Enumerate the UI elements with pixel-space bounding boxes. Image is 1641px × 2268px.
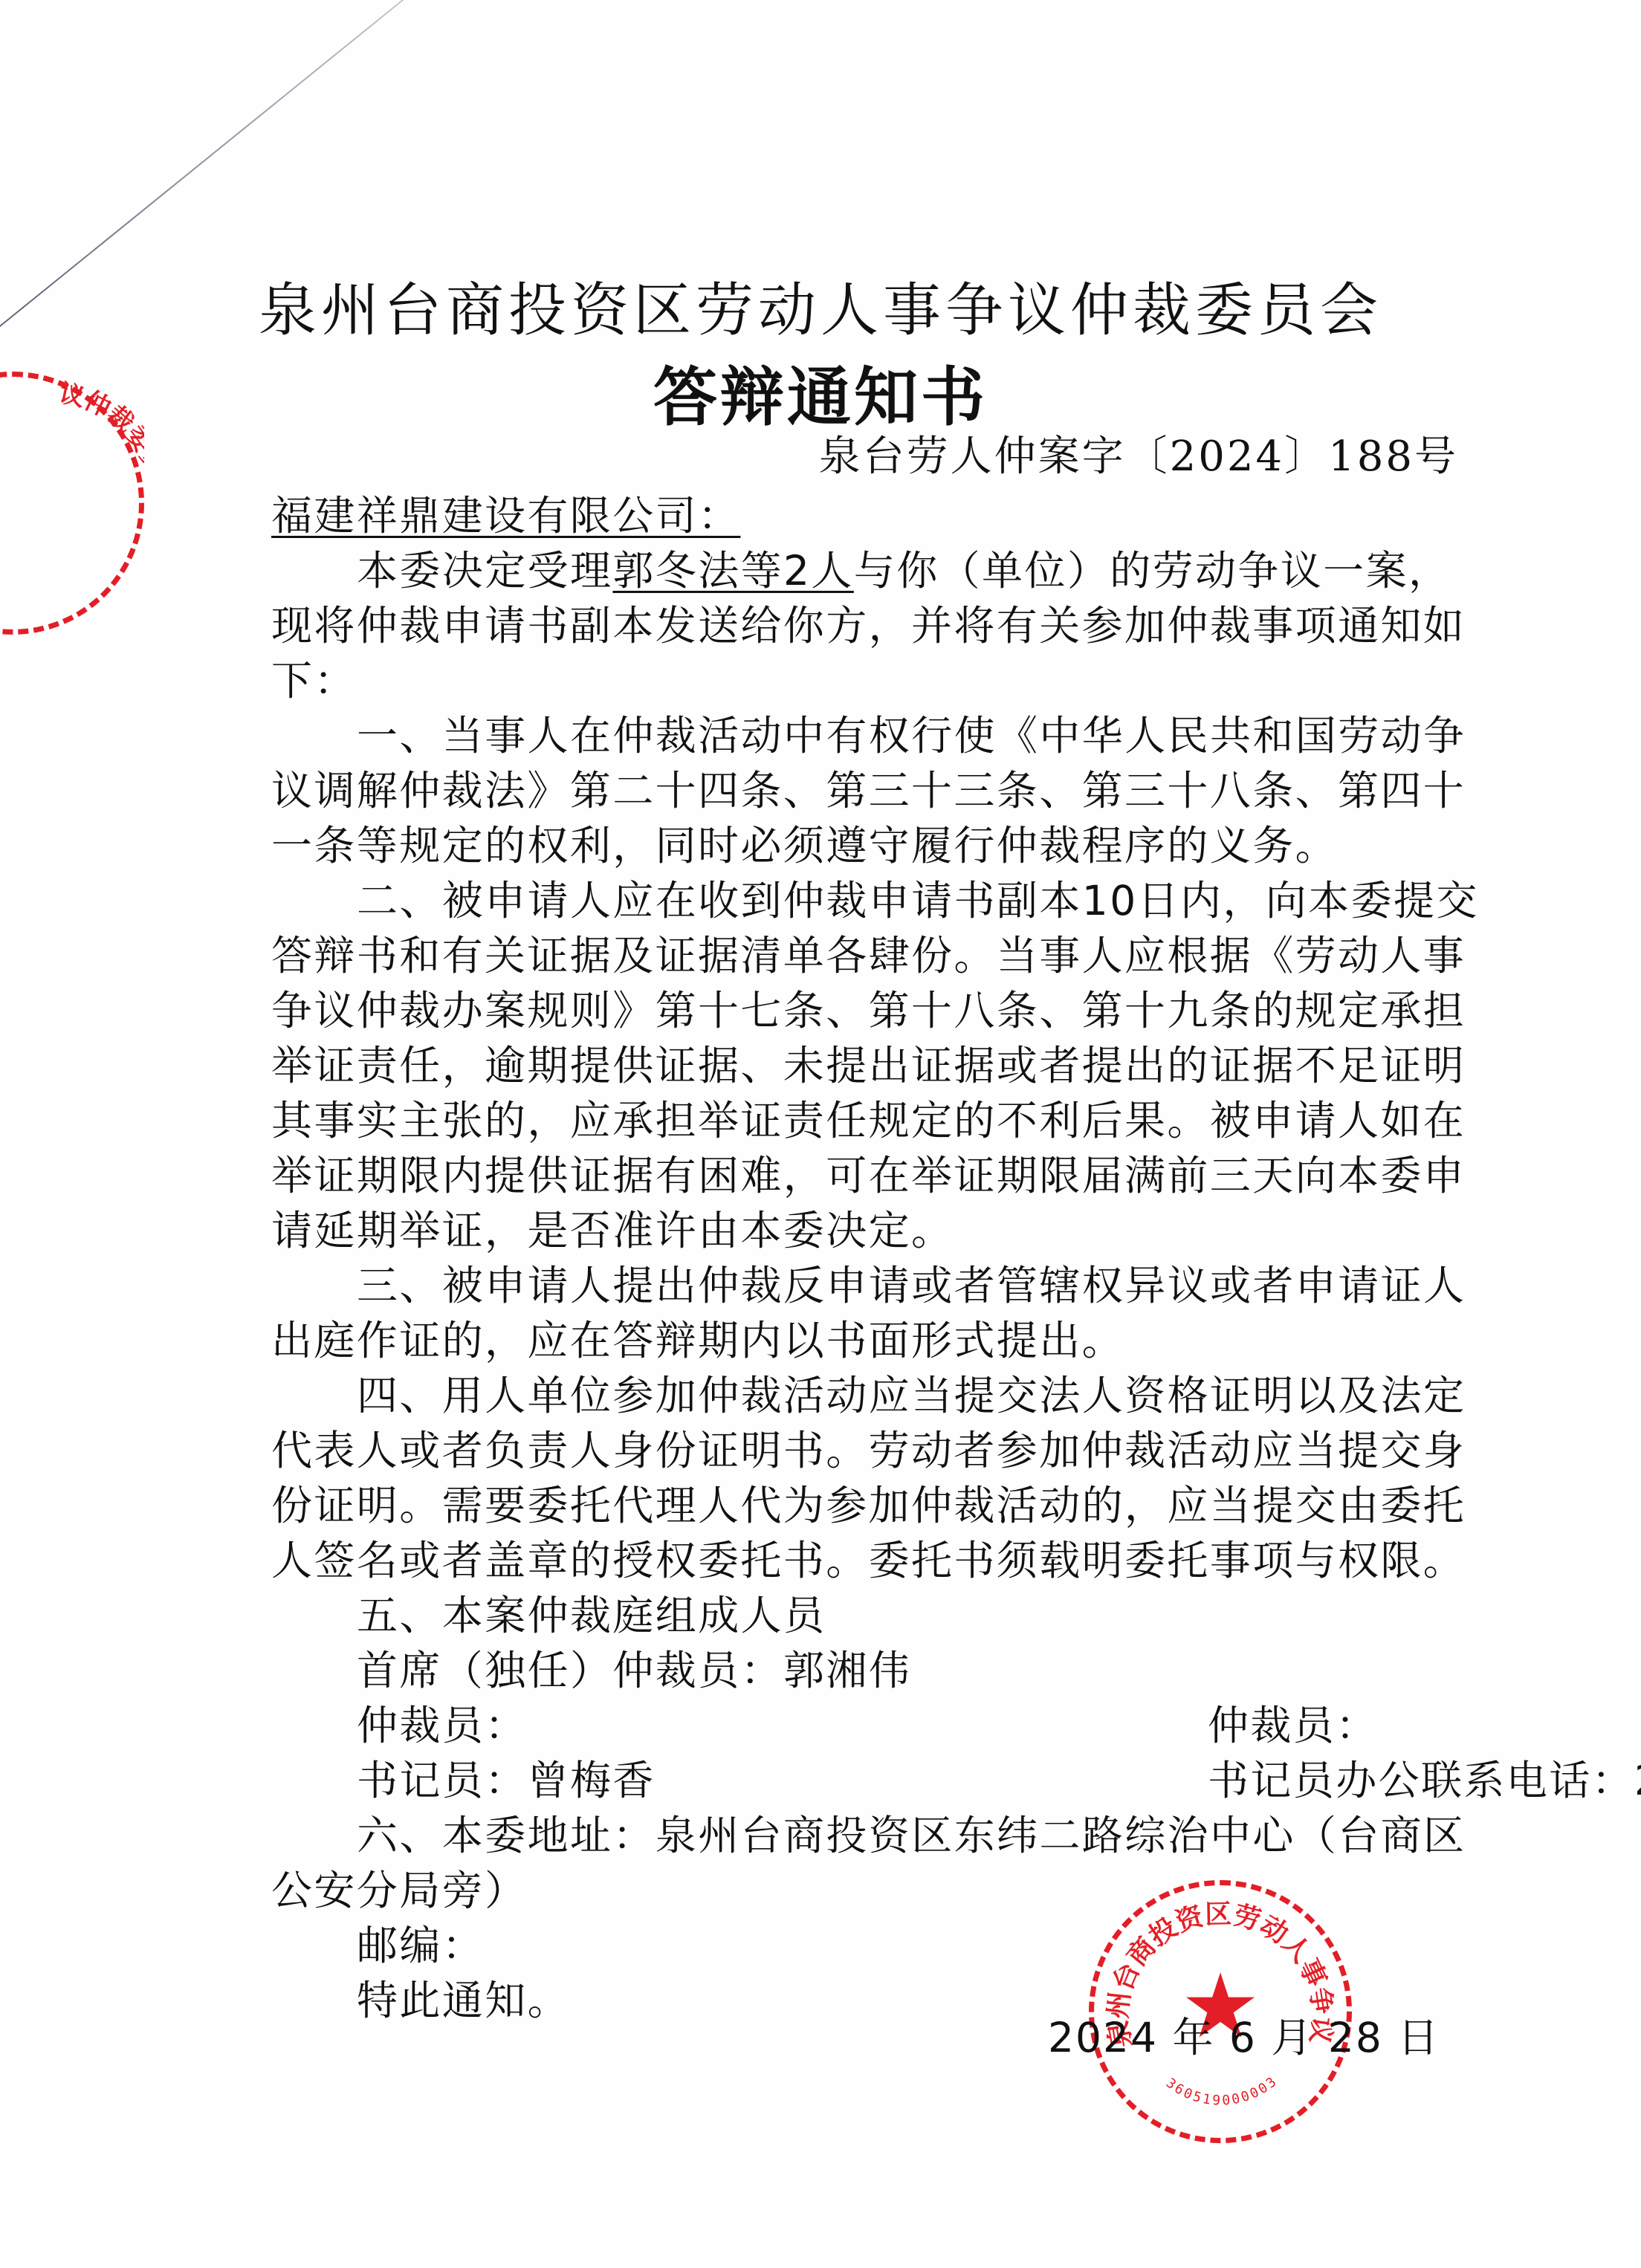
partial-seal-left-edge: 议仲裁委员会 <box>0 372 144 635</box>
section4-line: 人签名或者盖章的授权委托书。委托书须载明委托事项与权限。 <box>271 1534 1468 1587</box>
addressee-name: 福建祥鼎建设有限公司： <box>271 492 740 540</box>
clerk-phone-number: 27395526 <box>1634 1757 1641 1804</box>
section2-line: 请延期举证，是否准许由本委决定。 <box>271 1204 1468 1257</box>
intro-line-3: 下： <box>271 654 1468 707</box>
clerk-phone: 书记员办公联系电话：27395526 <box>1208 1754 1641 1807</box>
section4-line: 四、用人单位参加仲裁活动应当提交法人资格证明以及法定 <box>357 1369 1553 1422</box>
case-number: 泉台劳人仲案字〔2024〕188号 <box>819 424 1458 483</box>
section2-line: 争议仲裁办案规则》第十七条、第十八条、第十九条的规定承担 <box>271 984 1468 1037</box>
section6-line: 六、本委地址：泉州台商投资区东纬二路综治中心（台商区 <box>357 1809 1553 1862</box>
section4-line: 代表人或者负责人身份证明书。劳动者参加仲裁活动应当提交身 <box>271 1424 1468 1477</box>
section1-line: 议调解仲裁法》第二十四条、第三十三条、第三十八条、第四十 <box>271 764 1468 817</box>
svg-text:议仲裁委员会: 议仲裁委员会 <box>56 378 144 504</box>
chief-arbitrator: 首席（独任）仲裁员：郭湘伟 <box>357 1644 1553 1697</box>
section2-line: 其事实主张的，应承担举证责任规定的不利后果。被申请人如在 <box>271 1094 1468 1147</box>
section2-line: 二、被申请人应在收到仲裁申请书副本10日内，向本委提交 <box>357 874 1553 927</box>
issuing-authority-title: 泉州台商投资区劳动人事争议仲裁委员会 <box>0 264 1641 347</box>
section2-line: 举证期限内提供证据有困难，可在举证期限届满前三天向本委申 <box>271 1149 1468 1202</box>
intro-prefix: 本委决定受理 <box>357 547 612 594</box>
chief-arbitrator-label: 首席（独任）仲裁员： <box>357 1647 783 1694</box>
postcode: 邮编： <box>357 1919 1553 1972</box>
arbitrator-1-label: 仲裁员： <box>357 1702 528 1749</box>
applicants: 郭冬法等2人 <box>612 547 853 594</box>
section2-line: 答辩书和有关证据及证据清单各肆份。当事人应根据《劳动人事 <box>271 929 1468 982</box>
section1-line: 一条等规定的权利，同时必须遵守履行仲裁程序的义务。 <box>271 819 1468 872</box>
intro-suffix: 与你（单位）的劳动争议一案， <box>854 547 1451 594</box>
section3-line: 三、被申请人提出仲裁反申请或者管辖权异议或者申请证人 <box>357 1259 1553 1312</box>
arbitrators-row: 仲裁员： 仲裁员： <box>357 1699 1553 1752</box>
issue-date: 2024 年 6 月 28 日 <box>1048 2005 1440 2064</box>
chief-arbitrator-name: 郭湘伟 <box>783 1647 911 1694</box>
section5-heading: 五、本案仲裁庭组成人员 <box>357 1589 1553 1642</box>
partial-seal-ring-text: 议仲裁委员会 <box>0 372 144 635</box>
arbitrator-2-label: 仲裁员： <box>1208 1702 1379 1749</box>
arbitrator-2: 仲裁员： <box>1208 1699 1379 1752</box>
clerk-row: 书记员：曾梅香 书记员办公联系电话：27395526 <box>357 1754 1553 1807</box>
section1-line: 一、当事人在仲裁活动中有权行使《中华人民共和国劳动争 <box>357 709 1553 762</box>
section2-line: 举证责任，逾期提供证据、未提出证据或者提出的证据不足证明 <box>271 1039 1468 1092</box>
clerk-phone-label: 书记员办公联系电话： <box>1208 1757 1634 1804</box>
intro-line-1: 本委决定受理郭冬法等2人与你（单位）的劳动争议一案， <box>357 544 1553 597</box>
section4-line: 份证明。需要委托代理人代为参加仲裁活动的，应当提交由委托 <box>271 1479 1468 1532</box>
clerk-name: 曾梅香 <box>528 1757 656 1804</box>
intro-line-2: 现将仲裁申请书副本发送给你方，并将有关参加仲裁事项通知如 <box>271 599 1468 652</box>
clerk-label: 书记员： <box>357 1757 528 1804</box>
section3-line: 出庭作证的，应在答辩期内以书面形式提出。 <box>271 1314 1468 1367</box>
addressee: 福建祥鼎建设有限公司： <box>271 489 1468 542</box>
document-page: 泉州台商投资区劳动人事争议仲裁委员会 答辩通知书 泉台劳人仲案字〔2024〕18… <box>0 0 1641 2268</box>
